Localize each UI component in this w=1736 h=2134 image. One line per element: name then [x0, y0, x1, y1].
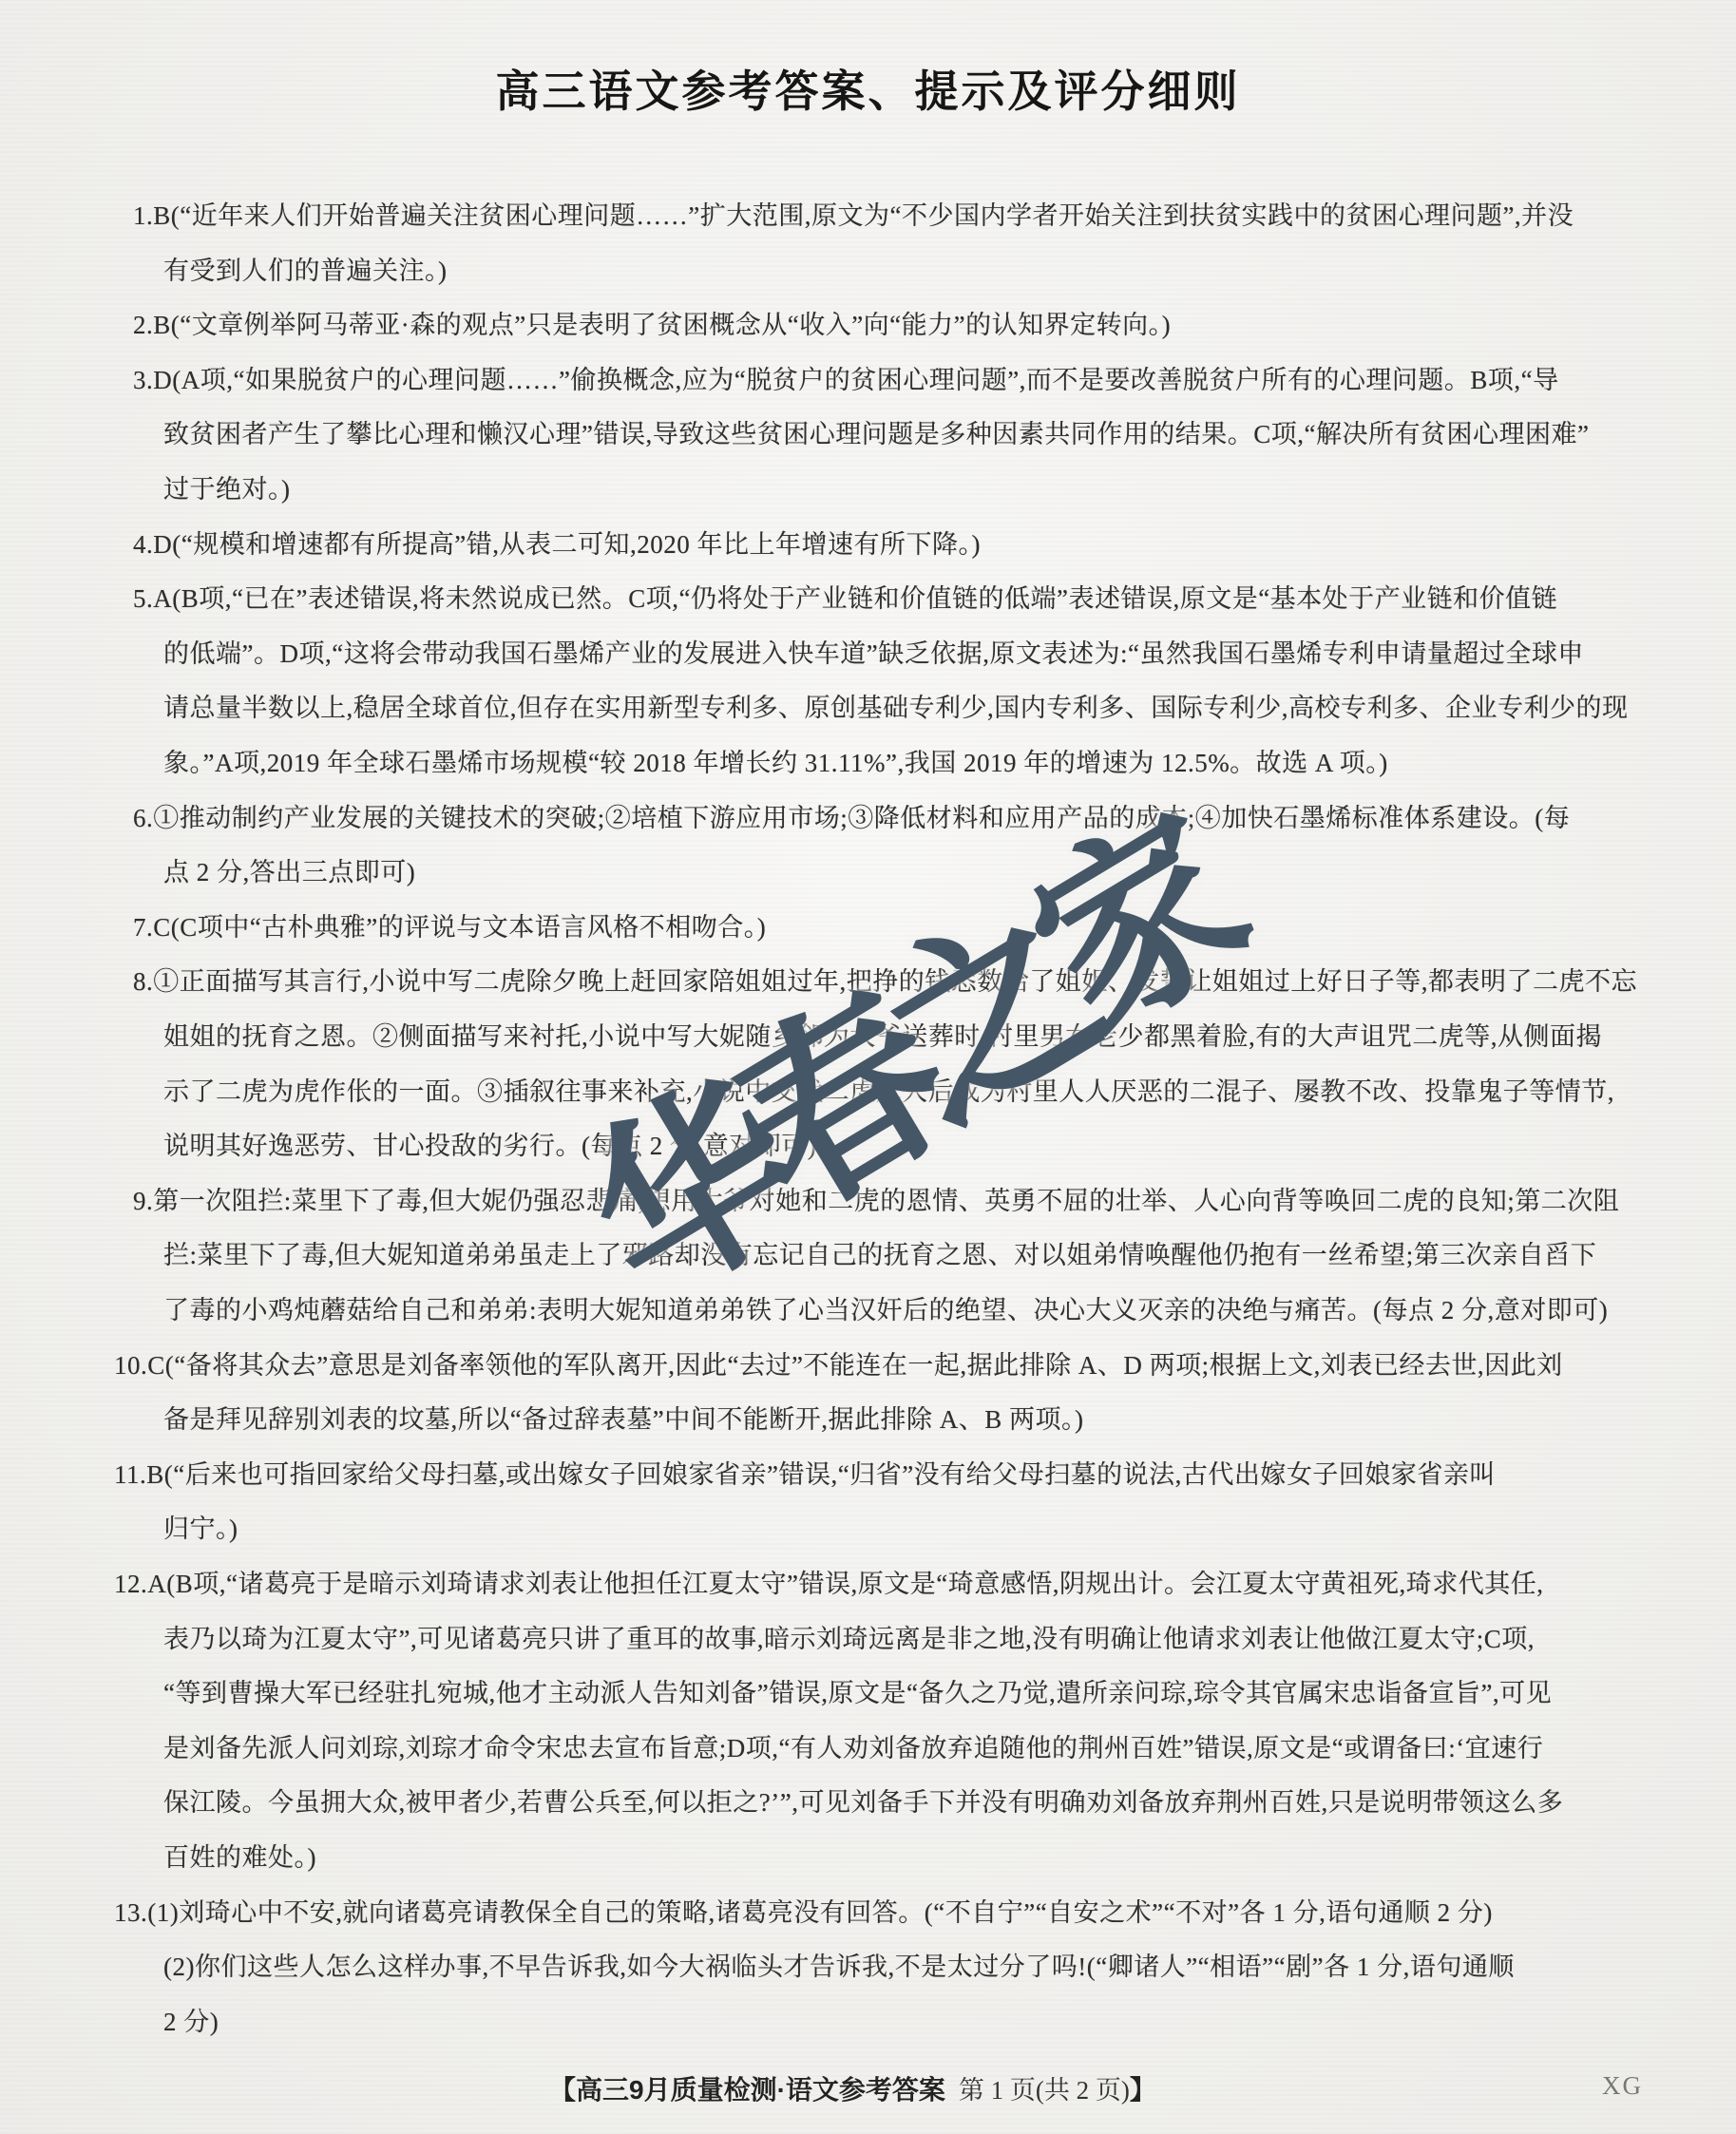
answer-line: 备是拜见辞别刘表的坟墓,所以“备过辞表墓”中间不能断开,据此排除 A、B 两项。…	[0, 1403, 1736, 1436]
answer-line: 3.D(A项,“如果脱贫户的心理问题……”偷换概念,应为“脱贫户的贫困心理问题”…	[0, 364, 1736, 396]
answer-line: 11.B(“后来也可指回家给父母扫墓,或出嫁女子回娘家省亲”错误,“归省”没有给…	[0, 1458, 1736, 1491]
answer-line: 1.B(“近年来人们开始普遍关注贫困心理问题……”扩大范围,原文为“不少国内学者…	[0, 200, 1736, 232]
answer-line: 13.(1)刘琦心中不安,就向诸葛亮请教保全自己的策略,诸葛亮没有回答。(“不自…	[0, 1896, 1736, 1929]
answer-line: 请总量半数以上,稳居全球首位,但存在实用新型专利多、原创基础专利少,国内专利多、…	[0, 692, 1736, 724]
answer-line: 保江陵。今虽拥大众,被甲者少,若曹公兵至,何以拒之?’”,可见刘备手下并没有明确…	[0, 1786, 1736, 1819]
answer-line: 拦:菜里下了毒,但大妮知道弟弟虽走上了邪路却没有忘记自己的抚育之恩、对以姐弟情唤…	[0, 1239, 1736, 1271]
footer-bracket-close: 】	[1130, 2075, 1156, 2105]
answer-line: 归宁。)	[0, 1513, 1736, 1545]
footer-code: XG	[1602, 2071, 1643, 2101]
answer-line: “等到曹操大军已经驻扎宛城,他才主动派人告知刘备”错误,原文是“备久之乃觉,遣所…	[0, 1677, 1736, 1709]
footer-page-number: 第 1 页(共 2 页)	[959, 2076, 1130, 2105]
answer-line: 6.①推动制约产业发展的关键技术的突破;②培植下游应用市场;③降低材料和应用产品…	[0, 802, 1736, 834]
answer-sheet-page: 高三语文参考答案、提示及评分细则 1.B(“近年来人们开始普遍关注贫困心理问题……	[0, 0, 1736, 2134]
footer-exam-title: 高三9月质量检测·语文参考答案	[576, 2075, 945, 2105]
answer-line: 表乃以琦为江夏太守”,可见诸葛亮只讲了重耳的故事,暗示刘琦远离是非之地,没有明确…	[0, 1623, 1736, 1655]
answer-line: 12.A(B项,“诸葛亮于是暗示刘琦请求刘表让他担任江夏太守”错误,原文是“琦意…	[0, 1568, 1736, 1600]
answer-line: 点 2 分,答出三点即可)	[0, 856, 1736, 888]
answer-line: 的低端”。D项,“这将会带动我国石墨烯产业的发展进入快车道”缺乏依据,原文表述为…	[0, 638, 1736, 670]
answer-line: 过于绝对。)	[0, 473, 1736, 505]
answer-line: 10.C(“备将其众去”意思是刘备率领他的军队离开,因此“去过”不能连在一起,据…	[0, 1349, 1736, 1381]
footer: 【高三9月质量检测·语文参考答案第 1 页(共 2 页)】	[549, 2069, 1156, 2107]
answer-line: 5.A(B项,“已在”表述错误,将未然说成已然。C项,“仍将处于产业链和价值链的…	[0, 582, 1736, 615]
answer-line: 致贫困者产生了攀比心理和懒汉心理”错误,导致这些贫困心理问题是多种因素共同作用的…	[0, 418, 1736, 450]
answer-line: 4.D(“规模和增速都有所提高”错,从表二可知,2020 年比上年增速有所下降。…	[0, 528, 1736, 561]
answer-line: 是刘备先派人问刘琮,刘琮才命令宋忠去宣布旨意;D项,“有人劝刘备放弃追随他的荆州…	[0, 1732, 1736, 1764]
answer-line: 百姓的难处。)	[0, 1841, 1736, 1874]
footer-bracket-open: 【	[549, 2075, 576, 2105]
answer-line: 2 分)	[0, 2006, 1736, 2038]
answer-line: 2.B(“文章例举阿马蒂亚·森的观点”只是表明了贫困概念从“收入”向“能力”的认…	[0, 309, 1736, 341]
answer-line: 象。”A项,2019 年全球石墨烯市场规模“较 2018 年增长约 31.11%…	[0, 747, 1736, 779]
answer-line: 了毒的小鸡炖蘑菇给自己和弟弟:表明大妮知道弟弟铁了心当汉奸后的绝望、决心大义灭亲…	[0, 1294, 1736, 1326]
answer-line: 有受到人们的普遍关注。)	[0, 255, 1736, 287]
answer-line: (2)你们这些人怎么这样办事,不早告诉我,如今大祸临头才告诉我,不是太过分了吗!…	[0, 1951, 1736, 1983]
